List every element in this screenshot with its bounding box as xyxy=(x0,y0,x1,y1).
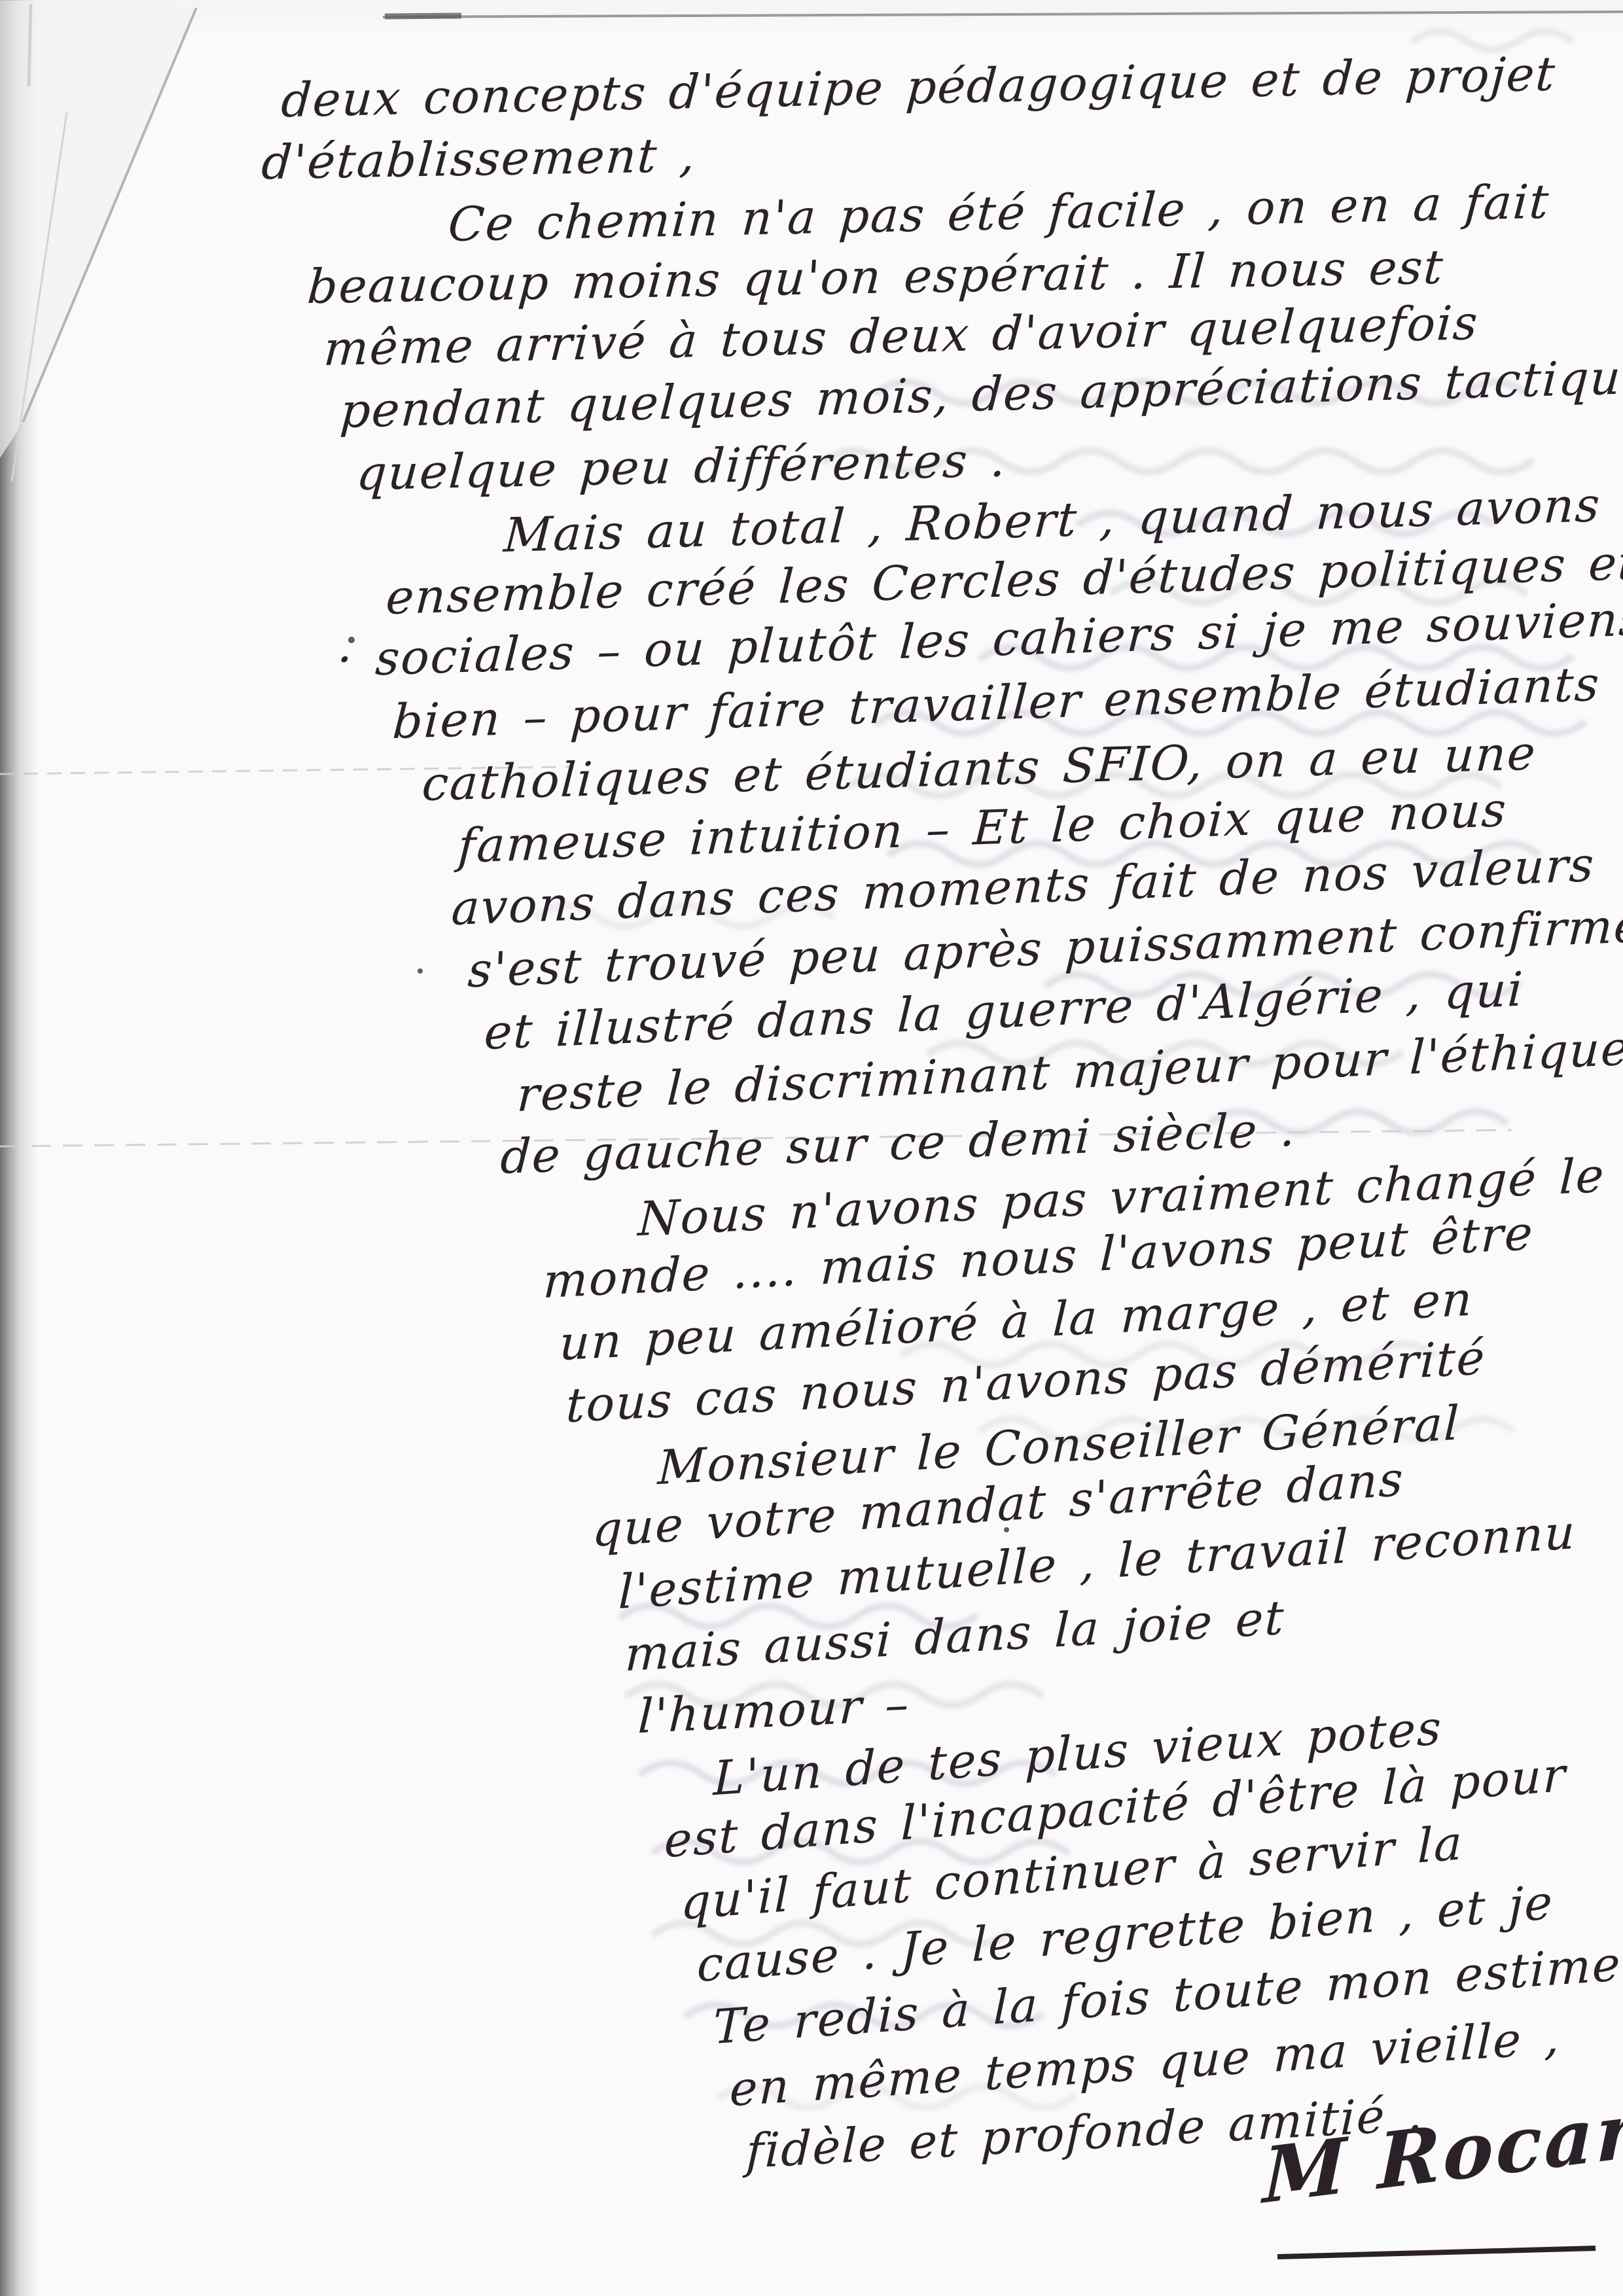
page-corner-fold xyxy=(0,0,196,481)
manuscript-line: quelque peu différentes . xyxy=(355,436,1008,497)
signature-underline xyxy=(1277,2248,1596,2257)
manuscript-line: d'établissement , xyxy=(260,131,698,186)
manuscript-line: l'humour – xyxy=(637,1680,910,1740)
scanned-letter-page: deux concepts d'équipe pédagogique et de… xyxy=(0,0,1623,2296)
